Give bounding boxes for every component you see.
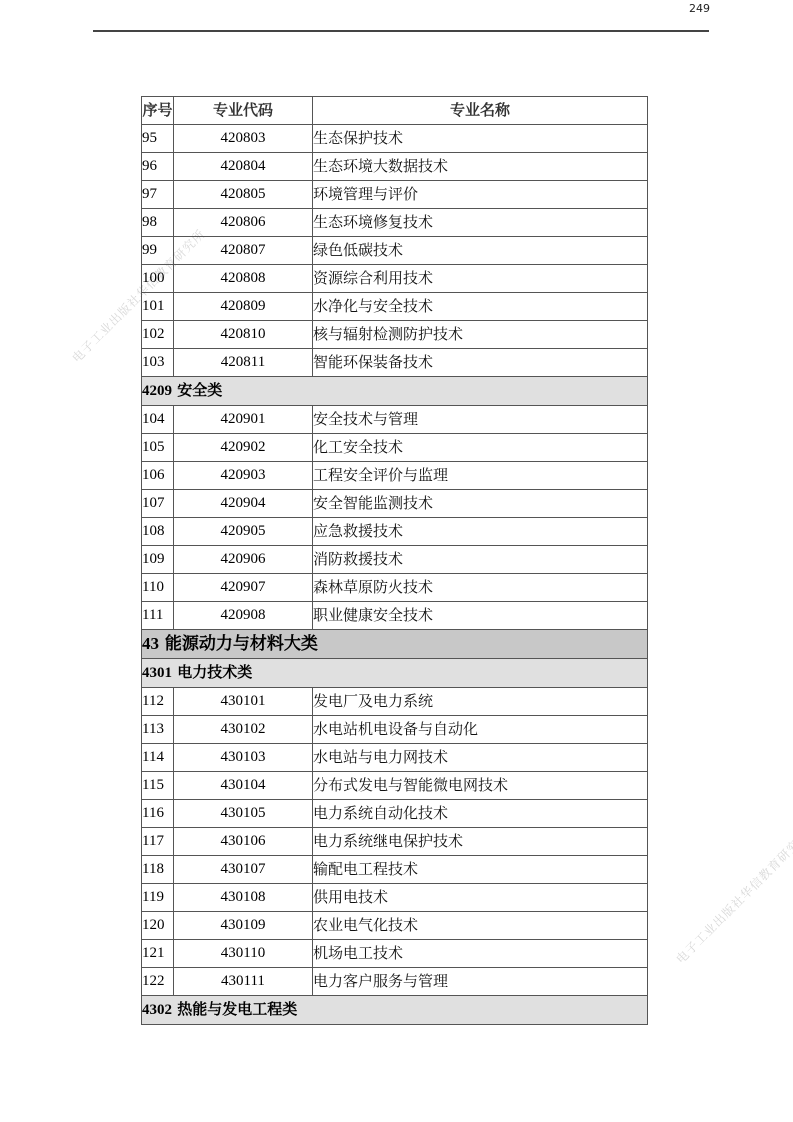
row-name: 输配电工程技术 — [313, 856, 648, 884]
page-number: 249 — [689, 2, 710, 15]
row-seq: 107 — [142, 490, 174, 518]
category-label: 43 能源动力与材料大类 — [142, 630, 648, 659]
row-seq: 103 — [142, 349, 174, 377]
row-code: 420808 — [174, 265, 313, 293]
table-row: 104420901安全技术与管理 — [142, 406, 648, 434]
majors-table: 序号 专业代码 专业名称 95420803生态保护技术96420804生态环境大… — [141, 96, 648, 1025]
row-seq: 109 — [142, 546, 174, 574]
table-row: 121430110机场电工技术 — [142, 940, 648, 968]
row-name: 绿色低碳技术 — [313, 237, 648, 265]
subcategory-row: 4302 热能与发电工程类 — [142, 996, 648, 1025]
table-row: 112430101发电厂及电力系统 — [142, 688, 648, 716]
row-code: 430109 — [174, 912, 313, 940]
row-name: 工程安全评价与监理 — [313, 462, 648, 490]
row-code: 430107 — [174, 856, 313, 884]
table-row: 95420803生态保护技术 — [142, 125, 648, 153]
row-name: 发电厂及电力系统 — [313, 688, 648, 716]
table-row: 119430108供用电技术 — [142, 884, 648, 912]
row-code: 420804 — [174, 153, 313, 181]
row-seq: 110 — [142, 574, 174, 602]
category-name: 能源动力与材料大类 — [165, 634, 318, 654]
row-name: 安全智能监测技术 — [313, 490, 648, 518]
row-name: 森林草原防火技术 — [313, 574, 648, 602]
row-seq: 100 — [142, 265, 174, 293]
row-name: 生态环境修复技术 — [313, 209, 648, 237]
row-seq: 116 — [142, 800, 174, 828]
table-row: 109420906消防救援技术 — [142, 546, 648, 574]
row-code: 420803 — [174, 125, 313, 153]
row-seq: 96 — [142, 153, 174, 181]
table-row: 101420809水净化与安全技术 — [142, 293, 648, 321]
row-name: 资源综合利用技术 — [313, 265, 648, 293]
row-code: 430110 — [174, 940, 313, 968]
row-seq: 95 — [142, 125, 174, 153]
row-code: 420902 — [174, 434, 313, 462]
table-row: 113430102水电站机电设备与自动化 — [142, 716, 648, 744]
row-code: 420905 — [174, 518, 313, 546]
category-code: 4301 — [142, 665, 172, 681]
table-row: 122430111电力客户服务与管理 — [142, 968, 648, 996]
table-row: 120430109农业电气化技术 — [142, 912, 648, 940]
table-row: 100420808资源综合利用技术 — [142, 265, 648, 293]
row-code: 420907 — [174, 574, 313, 602]
row-code: 420810 — [174, 321, 313, 349]
row-code: 420908 — [174, 602, 313, 630]
row-code: 420806 — [174, 209, 313, 237]
table-row: 118430107输配电工程技术 — [142, 856, 648, 884]
category-row: 43 能源动力与材料大类 — [142, 630, 648, 659]
row-name: 智能环保装备技术 — [313, 349, 648, 377]
row-name: 核与辐射检测防护技术 — [313, 321, 648, 349]
table-row: 96420804生态环境大数据技术 — [142, 153, 648, 181]
table-row: 107420904安全智能监测技术 — [142, 490, 648, 518]
header-rule — [93, 30, 709, 32]
row-code: 420906 — [174, 546, 313, 574]
row-code: 420901 — [174, 406, 313, 434]
watermark: 电子工业出版社华信教育研究所 — [672, 826, 793, 967]
header-seq: 序号 — [142, 97, 174, 125]
row-seq: 98 — [142, 209, 174, 237]
row-name: 生态环境大数据技术 — [313, 153, 648, 181]
row-name: 电力客户服务与管理 — [313, 968, 648, 996]
row-seq: 104 — [142, 406, 174, 434]
row-seq: 115 — [142, 772, 174, 800]
category-name: 电力技术类 — [177, 663, 252, 681]
table-row: 102420810核与辐射检测防护技术 — [142, 321, 648, 349]
row-name: 职业健康安全技术 — [313, 602, 648, 630]
header-code: 专业代码 — [174, 97, 313, 125]
row-seq: 121 — [142, 940, 174, 968]
table-row: 108420905应急救援技术 — [142, 518, 648, 546]
table-row: 116430105电力系统自动化技术 — [142, 800, 648, 828]
row-seq: 117 — [142, 828, 174, 856]
table-row: 103420811智能环保装备技术 — [142, 349, 648, 377]
row-name: 供用电技术 — [313, 884, 648, 912]
row-seq: 108 — [142, 518, 174, 546]
row-name: 电力系统继电保护技术 — [313, 828, 648, 856]
category-code: 4209 — [142, 383, 172, 399]
category-name: 安全类 — [177, 381, 222, 399]
row-name: 水电站与电力网技术 — [313, 744, 648, 772]
row-seq: 113 — [142, 716, 174, 744]
table-row: 111420908职业健康安全技术 — [142, 602, 648, 630]
row-seq: 112 — [142, 688, 174, 716]
table-header-row: 序号 专业代码 专业名称 — [142, 97, 648, 125]
row-name: 农业电气化技术 — [313, 912, 648, 940]
subcategory-row: 4209 安全类 — [142, 377, 648, 406]
table-row: 99420807绿色低碳技术 — [142, 237, 648, 265]
row-code: 430106 — [174, 828, 313, 856]
row-name: 机场电工技术 — [313, 940, 648, 968]
table-row: 106420903工程安全评价与监理 — [142, 462, 648, 490]
category-label: 4301 电力技术类 — [142, 659, 648, 688]
category-label: 4302 热能与发电工程类 — [142, 996, 648, 1025]
row-name: 化工安全技术 — [313, 434, 648, 462]
row-name: 水电站机电设备与自动化 — [313, 716, 648, 744]
row-name: 生态保护技术 — [313, 125, 648, 153]
row-code: 420904 — [174, 490, 313, 518]
row-seq: 111 — [142, 602, 174, 630]
row-code: 420903 — [174, 462, 313, 490]
category-code: 43 — [142, 634, 159, 653]
row-seq: 122 — [142, 968, 174, 996]
row-seq: 106 — [142, 462, 174, 490]
row-name: 水净化与安全技术 — [313, 293, 648, 321]
row-code: 420809 — [174, 293, 313, 321]
category-label: 4209 安全类 — [142, 377, 648, 406]
row-seq: 105 — [142, 434, 174, 462]
row-seq: 118 — [142, 856, 174, 884]
row-code: 420805 — [174, 181, 313, 209]
row-code: 430108 — [174, 884, 313, 912]
row-code: 430101 — [174, 688, 313, 716]
row-seq: 99 — [142, 237, 174, 265]
row-name: 应急救援技术 — [313, 518, 648, 546]
header-name: 专业名称 — [313, 97, 648, 125]
table-row: 97420805环境管理与评价 — [142, 181, 648, 209]
row-code: 430104 — [174, 772, 313, 800]
row-name: 安全技术与管理 — [313, 406, 648, 434]
row-seq: 101 — [142, 293, 174, 321]
table-body: 95420803生态保护技术96420804生态环境大数据技术97420805环… — [142, 125, 648, 1025]
row-code: 430103 — [174, 744, 313, 772]
row-seq: 119 — [142, 884, 174, 912]
row-name: 电力系统自动化技术 — [313, 800, 648, 828]
table-row: 114430103水电站与电力网技术 — [142, 744, 648, 772]
row-name: 消防救援技术 — [313, 546, 648, 574]
category-name: 热能与发电工程类 — [177, 1000, 297, 1018]
subcategory-row: 4301 电力技术类 — [142, 659, 648, 688]
row-seq: 120 — [142, 912, 174, 940]
table-row: 98420806生态环境修复技术 — [142, 209, 648, 237]
row-code: 430111 — [174, 968, 313, 996]
row-code: 430102 — [174, 716, 313, 744]
row-name: 分布式发电与智能微电网技术 — [313, 772, 648, 800]
table-row: 105420902化工安全技术 — [142, 434, 648, 462]
row-name: 环境管理与评价 — [313, 181, 648, 209]
row-seq: 102 — [142, 321, 174, 349]
row-code: 420811 — [174, 349, 313, 377]
table-row: 117430106电力系统继电保护技术 — [142, 828, 648, 856]
table-row: 110420907森林草原防火技术 — [142, 574, 648, 602]
category-code: 4302 — [142, 1002, 172, 1018]
table-row: 115430104分布式发电与智能微电网技术 — [142, 772, 648, 800]
row-seq: 97 — [142, 181, 174, 209]
row-code: 430105 — [174, 800, 313, 828]
row-code: 420807 — [174, 237, 313, 265]
row-seq: 114 — [142, 744, 174, 772]
